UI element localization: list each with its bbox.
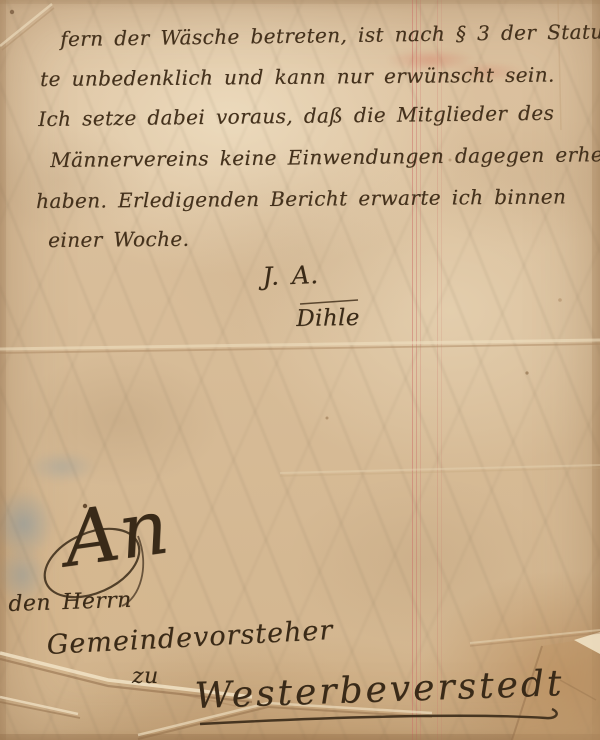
body-line-6: einer Woche. xyxy=(48,227,189,252)
body-line-5: haben. Erledigenden Bericht erwarte ich … xyxy=(36,184,566,213)
letter-scan: fern der Wäsche betreten, ist nach § 3 d… xyxy=(0,0,600,740)
address-title: Gemeindevorsteher xyxy=(46,615,334,661)
address-place: Westerbeverstedt xyxy=(194,663,565,717)
address-preposition: zu xyxy=(132,664,159,689)
address-recipient: den Herrn xyxy=(8,588,132,617)
blue-ink-stain xyxy=(0,480,63,568)
signature-surname: Dihle xyxy=(296,305,360,332)
body-line-3: Ich setze dabei voraus, daß die Mitglied… xyxy=(38,101,554,131)
body-line-2: te unbedenklich und kann nur erwünscht s… xyxy=(40,63,555,91)
blue-ink-stain xyxy=(18,446,106,488)
signature-initials: J. A. xyxy=(262,260,319,291)
body-line-1: fern der Wäsche betreten, ist nach § 3 d… xyxy=(60,19,600,51)
address-salutation: An xyxy=(58,481,174,584)
body-line-4: Männervereins keine Einwendungen dagegen… xyxy=(50,142,600,172)
